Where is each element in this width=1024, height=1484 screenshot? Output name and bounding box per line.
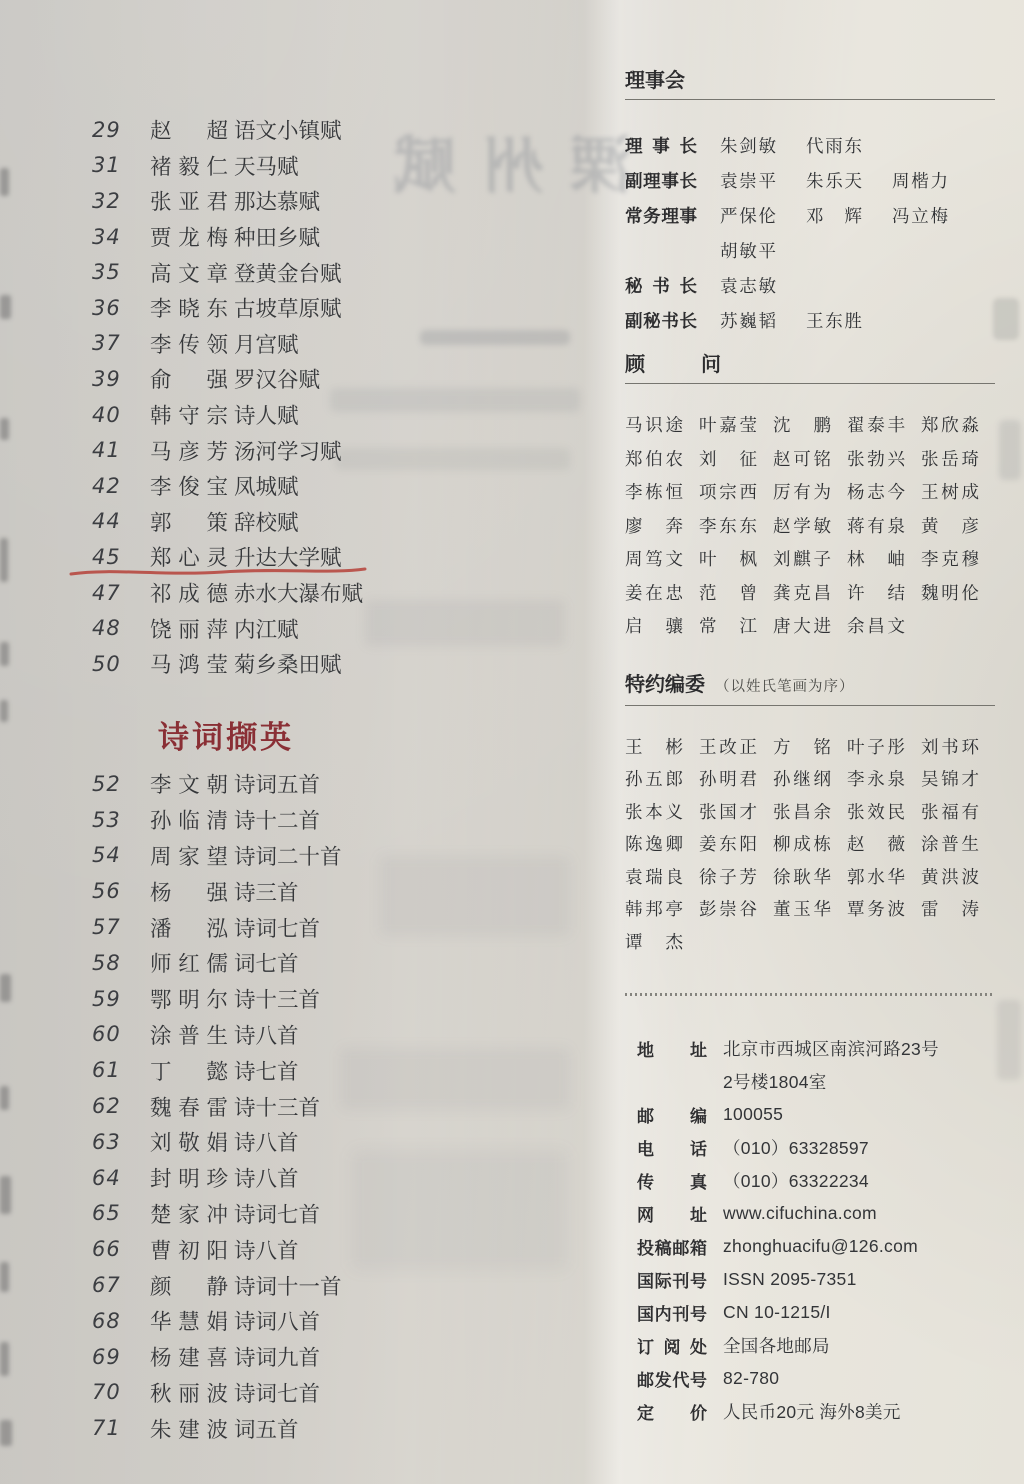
board-role-label: 秘书长	[625, 273, 697, 298]
contact-info-list: 地址 北京市西城区南滨河路23号 2号楼1804室 邮编 100055 电话 （…	[625, 1032, 997, 1428]
person-name: 孙明君	[699, 766, 757, 791]
contact-field-label: 订阅处	[637, 1333, 707, 1358]
contact-field-label: 定价	[637, 1399, 707, 1424]
magazine-contents-page: 溧州赋 29 赵超 语文小镇赋	[0, 0, 1024, 1484]
author-name: 秋丽波	[150, 1377, 228, 1408]
author-name: 韩守宗	[150, 399, 228, 430]
contact-field-label: 网址	[637, 1201, 707, 1226]
person-name: 朱乐天	[806, 168, 862, 193]
contact-row: 2号楼1804室	[625, 1065, 997, 1098]
page-number: 50	[92, 652, 150, 676]
advisors-row: 马识途 叶嘉莹 沈鹏 翟泰丰 郑欣淼	[625, 408, 997, 442]
work-title: 诗十三首	[234, 983, 600, 1014]
author-name: 师红儒	[150, 947, 228, 978]
toc-entry: 64 封明珍 诗八首	[0, 1160, 600, 1196]
author-name: 祁成德	[150, 577, 228, 608]
work-title: 诗词七首	[234, 1377, 600, 1408]
toc-entry: 53 孙临清 诗十二首	[0, 802, 600, 838]
poetry-works-list: 52 李文朝 诗词五首 53 孙临清 诗十二首 54 周家望 诗词二十首	[0, 766, 600, 1446]
page-number: 66	[92, 1237, 150, 1261]
toc-entry: 41 马彦芳 汤河学习赋	[0, 432, 600, 468]
bleed-through-mark	[999, 420, 1021, 480]
person-name: 廖奔	[625, 513, 683, 538]
editors-title-text: 特约编委	[625, 674, 705, 696]
person-name: 姜在忠	[625, 580, 683, 605]
page-number: 35	[92, 260, 150, 284]
page-number: 37	[92, 331, 150, 355]
toc-entry: 68 华慧娟 诗词八首	[0, 1303, 600, 1339]
person-name: 张昌余	[773, 799, 831, 824]
author-name: 刘敬娟	[150, 1126, 228, 1157]
work-title: 菊乡桑田赋	[234, 648, 600, 679]
person-name: 王树成	[921, 479, 979, 504]
person-name: 苏巍韬	[720, 308, 776, 333]
toc-entry: 70 秋丽波 诗词七首	[0, 1375, 600, 1411]
page-number: 44	[92, 509, 150, 533]
person-name: 王彬	[625, 734, 683, 759]
board-row: 副理事长 袁崇平 朱乐天 周楷力	[625, 163, 997, 198]
work-title: 诗词七首	[234, 1198, 600, 1229]
board-role-label: 副理事长	[625, 168, 697, 193]
work-title: 诗七首	[234, 1055, 600, 1086]
work-title: 内江赋	[234, 613, 600, 644]
work-title: 登黄金台赋	[234, 257, 600, 288]
person-name: 袁崇平	[720, 168, 776, 193]
editors-row: 袁瑞良 徐子芳 徐耿华 郭水华 黄洪波	[625, 860, 997, 893]
toc-entry: 61 丁懿 诗七首	[0, 1052, 600, 1088]
author-name: 潘泓	[150, 912, 228, 943]
page-number: 42	[92, 474, 150, 498]
toc-entry: 47 祁成德 赤水大瀑布赋	[0, 575, 600, 611]
advisors-title-text: 顾问	[625, 348, 721, 377]
person-name: 赵学敏	[773, 513, 831, 538]
person-name: 郑欣淼	[921, 412, 979, 437]
board-names: 苏巍韬 王东胜	[720, 308, 892, 333]
contact-row: 邮编 100055	[625, 1098, 997, 1131]
work-title: 诗十二首	[234, 804, 600, 835]
contact-field-label: 地址	[637, 1036, 707, 1061]
page-number: 56	[92, 879, 150, 903]
work-title: 古坡草原赋	[234, 292, 600, 323]
person-name: 刘书环	[921, 734, 979, 759]
work-title: 诗词八首	[234, 1305, 600, 1336]
person-name: 覃务波	[847, 896, 905, 921]
work-title: 罗汉谷赋	[234, 363, 600, 394]
editors-row: 陈逸卿 姜东阳 柳成栋 赵薇 涂普生	[625, 828, 997, 861]
work-title: 种田乡赋	[234, 221, 600, 252]
contact-field-label: 传真	[637, 1168, 707, 1193]
person-name: 杨志今	[847, 479, 905, 504]
author-name: 丁懿	[150, 1055, 228, 1086]
person-name: 袁瑞良	[625, 864, 683, 889]
work-title: 诗词十一首	[234, 1270, 600, 1301]
toc-entry: 45 郑心灵 升达大学赋	[0, 539, 600, 575]
person-name: 陈逸卿	[625, 831, 683, 856]
page-number: 53	[92, 808, 150, 832]
author-name: 孙临清	[150, 804, 228, 835]
toc-entry: 37 李传领 月宫赋	[0, 326, 600, 362]
person-name: 张勃兴	[847, 446, 905, 471]
author-name: 贾龙梅	[150, 221, 228, 252]
author-name: 魏春雷	[150, 1091, 228, 1122]
work-title: 赤水大瀑布赋	[234, 577, 600, 608]
author-name: 马鸿莹	[150, 648, 228, 679]
contact-field-value: （010）63328597	[723, 1135, 869, 1160]
author-name: 华慧娟	[150, 1305, 228, 1336]
person-name: 徐耿华	[773, 864, 831, 889]
person-name: 张岳琦	[921, 446, 979, 471]
editors-row: 韩邦亭 彭崇谷 董玉华 覃务波 雷涛	[625, 893, 997, 926]
board-role-label: 理事长	[625, 133, 697, 158]
work-title: 词五首	[234, 1413, 600, 1444]
page-number: 62	[92, 1094, 150, 1118]
page-number: 65	[92, 1201, 150, 1225]
person-name: 雷涛	[921, 896, 979, 921]
contact-row: 邮发代号 82-780	[625, 1362, 997, 1395]
person-name: 徐子芳	[699, 864, 757, 889]
page-number: 41	[92, 438, 150, 462]
advisors-section-title: 顾问	[625, 348, 721, 377]
person-name: 黄洪波	[921, 864, 979, 889]
contact-row: 网址 www.cifuchina.com	[625, 1197, 997, 1230]
dotted-divider	[625, 993, 995, 996]
work-title: 诗人赋	[234, 399, 600, 430]
contact-field-label: 邮发代号	[637, 1366, 707, 1391]
person-name: 刘征	[699, 446, 757, 471]
contact-field-label: 邮编	[637, 1102, 707, 1127]
person-name: 蒋有泉	[847, 513, 905, 538]
advisors-list: 马识途 叶嘉莹 沈鹏 翟泰丰 郑欣淼 郑伯农 刘征	[625, 408, 997, 643]
editors-list: 王彬 王改正 方铭 叶子彤 刘书环 孙五郎 孙明君	[625, 730, 997, 958]
author-name: 俞强	[150, 363, 228, 394]
person-name: 冯立梅	[892, 203, 948, 228]
board-role-label: 常务理事	[625, 203, 697, 228]
toc-entry: 48 饶丽萍 内江赋	[0, 610, 600, 646]
page-number: 70	[92, 1380, 150, 1404]
work-title: 诗八首	[234, 1019, 600, 1050]
work-title: 诗词五首	[234, 768, 600, 799]
board-row: 理事长 朱剑敏 代雨东	[625, 128, 997, 163]
person-name: 孙五郎	[625, 766, 683, 791]
toc-entry: 50 马鸿莹 菊乡桑田赋	[0, 646, 600, 682]
person-name: 李栋恒	[625, 479, 683, 504]
person-name: 彭崇谷	[699, 896, 757, 921]
contact-field-value: 100055	[723, 1104, 783, 1125]
author-name: 杨建喜	[150, 1341, 228, 1372]
person-name: 张本义	[625, 799, 683, 824]
person-name: 朱剑敏	[720, 133, 776, 158]
author-name: 褚毅仁	[150, 150, 228, 181]
advisors-row: 郑伯农 刘征 赵可铭 张勃兴 张岳琦	[625, 442, 997, 476]
editors-row: 张本义 张国才 张昌余 张效民 张福有	[625, 795, 997, 828]
person-name: 沈鹏	[773, 412, 831, 437]
editors-row: 孙五郎 孙明君 孙继纲 李永泉 吴锦才	[625, 763, 997, 796]
advisors-row: 廖奔 李东东 赵学敏 蒋有泉 黄彦	[625, 509, 997, 543]
page-number: 32	[92, 189, 150, 213]
person-name: 李永泉	[847, 766, 905, 791]
person-name: 张国才	[699, 799, 757, 824]
toc-entry: 31 褚毅仁 天马赋	[0, 148, 600, 184]
person-name: 李东东	[699, 513, 757, 538]
page-number: 68	[92, 1309, 150, 1333]
author-name: 李传领	[150, 328, 228, 359]
author-name: 涂普生	[150, 1019, 228, 1050]
toc-entry: 36 李晓东 古坡草原赋	[0, 290, 600, 326]
work-title: 诗词七首	[234, 912, 600, 943]
person-name: 吴锦才	[921, 766, 979, 791]
board-section-title: 理事会	[625, 64, 685, 93]
toc-entry: 56 杨强 诗三首	[0, 873, 600, 909]
contact-row: 投稿邮箱 zhonghuacifu@126.com	[625, 1230, 997, 1263]
contact-row: 地址 北京市西城区南滨河路23号	[625, 1032, 997, 1065]
toc-entry: 62 魏春雷 诗十三首	[0, 1088, 600, 1124]
contact-row: 国内刊号 CN 10-1215/I	[625, 1296, 997, 1329]
contact-field-value: www.cifuchina.com	[723, 1203, 877, 1224]
board-names: 朱剑敏 代雨东	[720, 133, 892, 158]
toc-entry: 65 楚家冲 诗词七首	[0, 1196, 600, 1232]
work-title: 诗十三首	[234, 1091, 600, 1122]
person-name: 谭杰	[625, 929, 683, 954]
board-row: 秘书长 袁志敏	[625, 268, 997, 303]
person-name: 严保伦	[720, 203, 776, 228]
section-divider	[625, 705, 995, 706]
page-number: 29	[92, 118, 150, 142]
person-name: 林岫	[847, 546, 905, 571]
board-row: 副秘书长 苏巍韬 王东胜	[625, 303, 997, 338]
toc-entry: 44 郭策 辞校赋	[0, 504, 600, 540]
work-title: 凤城赋	[234, 470, 600, 501]
author-name: 李文朝	[150, 768, 228, 799]
author-name: 高文章	[150, 257, 228, 288]
author-name: 张亚君	[150, 185, 228, 216]
author-name: 李晓东	[150, 292, 228, 323]
author-name: 封明珍	[150, 1162, 228, 1193]
person-name: 代雨东	[806, 133, 862, 158]
person-name: 周笃文	[625, 546, 683, 571]
contact-field-value: CN 10-1215/I	[723, 1302, 831, 1323]
advisors-row: 启骧 常江 唐大进 余昌文	[625, 609, 997, 643]
person-name: 许结	[847, 580, 905, 605]
person-name: 马识途	[625, 412, 683, 437]
page-number: 64	[92, 1166, 150, 1190]
page-number: 69	[92, 1345, 150, 1369]
person-name: 启骧	[625, 613, 683, 638]
person-name: 柳成栋	[773, 831, 831, 856]
contact-row: 电话 （010）63328597	[625, 1131, 997, 1164]
person-name: 魏明伦	[921, 580, 979, 605]
person-name: 韩邦亭	[625, 896, 683, 921]
author-name: 朱建波	[150, 1413, 228, 1444]
contact-field-label: 投稿邮箱	[637, 1234, 707, 1259]
contact-field-value: ISSN 2095-7351	[723, 1269, 857, 1290]
author-name: 周家望	[150, 840, 228, 871]
person-name: 范曾	[699, 580, 757, 605]
toc-entry: 57 潘泓 诗词七首	[0, 909, 600, 945]
poetry-section-title: 诗词撷英	[158, 712, 294, 757]
board-list: 理事长 朱剑敏 代雨东 副理事长 袁崇平	[625, 128, 997, 338]
page-number: 57	[92, 915, 150, 939]
page-number: 39	[92, 367, 150, 391]
person-name: 董玉华	[773, 896, 831, 921]
contact-field-value: zhonghuacifu@126.com	[723, 1236, 918, 1257]
author-name: 李俊宝	[150, 470, 228, 501]
person-name: 张效民	[847, 799, 905, 824]
person-name: 姜东阳	[699, 831, 757, 856]
toc-entry: 63 刘敬娟 诗八首	[0, 1124, 600, 1160]
person-name: 翟泰丰	[847, 412, 905, 437]
board-role-label: 副秘书长	[625, 308, 697, 333]
board-names: 袁志敏	[720, 273, 806, 298]
contact-field-value: 北京市西城区南滨河路23号	[723, 1036, 939, 1061]
toc-entry: 42 李俊宝 凤城赋	[0, 468, 600, 504]
toc-entry: 29 赵超 语文小镇赋	[0, 112, 600, 148]
advisors-row: 李栋恒 项宗西 厉有为 杨志今 王树成	[625, 475, 997, 509]
contact-row: 国际刊号 ISSN 2095-7351	[625, 1263, 997, 1296]
work-title: 诗三首	[234, 876, 600, 907]
person-name: 胡敏平	[720, 238, 776, 263]
work-title: 辞校赋	[234, 506, 600, 537]
work-title: 汤河学习赋	[234, 435, 600, 466]
person-name: 孙继纲	[773, 766, 831, 791]
board-row: 常务理事 严保伦 邓辉 冯立梅	[625, 198, 997, 233]
person-name: 叶枫	[699, 546, 757, 571]
toc-entry: 35 高文章 登黄金台赋	[0, 254, 600, 290]
toc-entry: 34 贾龙梅 种田乡赋	[0, 219, 600, 255]
editors-title-note: （以姓氏笔画为序）	[715, 679, 855, 695]
work-title: 诗八首	[234, 1162, 600, 1193]
page-number: 47	[92, 581, 150, 605]
editors-row: 王彬 王改正 方铭 叶子彤 刘书环	[625, 730, 997, 763]
fu-works-list: 29 赵超 语文小镇赋 31 褚毅仁 天马赋	[0, 112, 600, 682]
author-name: 楚家冲	[150, 1198, 228, 1229]
toc-entry: 67 颜静 诗词十一首	[0, 1267, 600, 1303]
page-number: 60	[92, 1022, 150, 1046]
author-name: 马彦芳	[150, 435, 228, 466]
person-name: 叶子彤	[847, 734, 905, 759]
contact-field-value: 82-780	[723, 1368, 779, 1389]
person-name: 余昌文	[847, 613, 905, 638]
toc-entry: 59 鄂明尔 诗十三首	[0, 981, 600, 1017]
person-name: 涂普生	[921, 831, 979, 856]
editors-row: 谭杰	[625, 925, 997, 958]
author-name: 杨强	[150, 876, 228, 907]
person-name: 厉有为	[773, 479, 831, 504]
person-name: 常江	[699, 613, 757, 638]
contact-field-value: 全国各地邮局	[723, 1333, 830, 1358]
person-name: 袁志敏	[720, 273, 776, 298]
person-name: 方铭	[773, 734, 831, 759]
toc-entry: 40 韩守宗 诗人赋	[0, 397, 600, 433]
page-number: 54	[92, 843, 150, 867]
advisors-row: 姜在忠 范曾 龚克昌 许结 魏明伦	[625, 576, 997, 610]
work-title: 词七首	[234, 947, 600, 978]
toc-entry: 39 俞强 罗汉谷赋	[0, 361, 600, 397]
person-name: 赵可铭	[773, 446, 831, 471]
work-title: 语文小镇赋	[234, 114, 600, 145]
author-name: 郭策	[150, 506, 228, 537]
person-name: 叶嘉莹	[699, 412, 757, 437]
masthead-column: 理事会 理事长 朱剑敏 代雨东 副理事长	[625, 0, 997, 1484]
work-title: 诗八首	[234, 1126, 600, 1157]
person-name: 王改正	[699, 734, 757, 759]
page-number: 59	[92, 987, 150, 1011]
contact-field-value: 2号楼1804室	[723, 1069, 827, 1094]
toc-entry: 54 周家望 诗词二十首	[0, 838, 600, 874]
section-divider	[625, 383, 995, 384]
contact-field-value: 人民币20元 海外8美元	[723, 1399, 901, 1424]
toc-entry: 69 杨建喜 诗词九首	[0, 1339, 600, 1375]
work-title: 天马赋	[234, 150, 600, 181]
person-name: 项宗西	[699, 479, 757, 504]
person-name: 唐大进	[773, 613, 831, 638]
editors-section-title: 特约编委（以姓氏笔画为序）	[625, 668, 855, 697]
work-title: 诗词九首	[234, 1341, 600, 1372]
toc-entry: 60 涂普生 诗八首	[0, 1017, 600, 1053]
author-name: 饶丽萍	[150, 613, 228, 644]
board-names: 袁崇平 朱乐天 周楷力	[720, 168, 978, 193]
board-names: 严保伦 邓辉 冯立梅	[720, 203, 978, 228]
person-name: 邓辉	[806, 203, 862, 228]
advisors-row: 周笃文 叶枫 刘麒子 林岫 李克穆	[625, 542, 997, 576]
person-name: 赵薇	[847, 831, 905, 856]
toc-entry: 66 曹初阳 诗八首	[0, 1231, 600, 1267]
page-number: 31	[92, 153, 150, 177]
page-number: 34	[92, 225, 150, 249]
work-title: 那达慕赋	[234, 185, 600, 216]
contact-field-label: 国内刊号	[637, 1300, 707, 1325]
contact-row: 传真 （010）63322234	[625, 1164, 997, 1197]
page-number: 63	[92, 1130, 150, 1154]
page-number: 48	[92, 616, 150, 640]
contact-field-label: 国际刊号	[637, 1267, 707, 1292]
section-divider	[625, 99, 995, 100]
board-row: 胡敏平	[625, 233, 997, 268]
work-title: 诗词二十首	[234, 840, 600, 871]
work-title: 诗八首	[234, 1234, 600, 1265]
board-names: 胡敏平	[720, 238, 806, 263]
toc-entry: 58 师红儒 词七首	[0, 945, 600, 981]
contact-row: 定价 人民币20元 海外8美元	[625, 1395, 997, 1428]
person-name: 郭水华	[847, 864, 905, 889]
page-number: 36	[92, 296, 150, 320]
toc-entry: 71 朱建波 词五首	[0, 1410, 600, 1446]
contents-column: 29 赵超 语文小镇赋 31 褚毅仁 天马赋	[0, 0, 600, 1484]
toc-entry: 52 李文朝 诗词五首	[0, 766, 600, 802]
person-name: 周楷力	[892, 168, 948, 193]
page-number: 67	[92, 1273, 150, 1297]
person-name: 刘麒子	[773, 546, 831, 571]
work-title: 月宫赋	[234, 328, 600, 359]
page-number: 71	[92, 1416, 150, 1440]
person-name: 张福有	[921, 799, 979, 824]
person-name: 郑伯农	[625, 446, 683, 471]
page-number: 40	[92, 403, 150, 427]
author-name: 曹初阳	[150, 1234, 228, 1265]
contact-field-label: 电话	[637, 1135, 707, 1160]
bleed-through-mark	[997, 1000, 1021, 1080]
page-number: 61	[92, 1058, 150, 1082]
contact-row: 订阅处 全国各地邮局	[625, 1329, 997, 1362]
page-number: 58	[92, 951, 150, 975]
page-number: 52	[92, 772, 150, 796]
person-name: 龚克昌	[773, 580, 831, 605]
toc-entry: 32 张亚君 那达慕赋	[0, 183, 600, 219]
person-name: 王东胜	[806, 308, 862, 333]
author-name: 鄂明尔	[150, 983, 228, 1014]
person-name: 李克穆	[921, 546, 979, 571]
contact-field-value: （010）63322234	[723, 1168, 869, 1193]
author-name: 颜静	[150, 1270, 228, 1301]
